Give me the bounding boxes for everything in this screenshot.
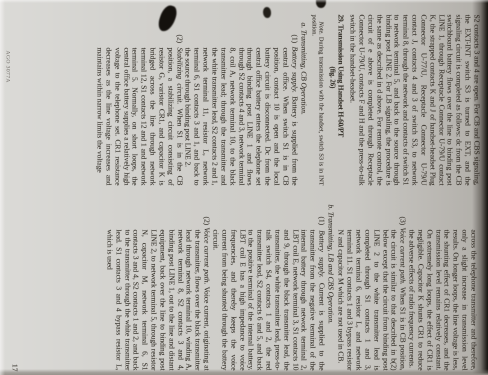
page-sheet: S2 contacts 3 and 4 are open. For CB and… — [0, 0, 488, 375]
lettered-subparagraph: b. Transmitting, LB and CBS Operation. — [326, 196, 335, 370]
item-continuation: across the telephone transmitter and the… — [406, 196, 477, 370]
item-marker: (2) — [175, 34, 184, 47]
item-lead: Battery supply. — [290, 46, 299, 96]
numbered-item: (1) Battery supply. Current is supplied … — [210, 196, 325, 370]
lettered-subparagraph: a. Transmitting, CB Operation. — [298, 14, 307, 185]
item-lead: Voice current path. — [202, 227, 211, 286]
numbered-item: (1) Battery supply. Battery is supplied … — [183, 14, 298, 185]
body-paragraph: S2 contacts 3 and 4 are open. For CB and… — [347, 14, 480, 185]
figure-reference: (fig. 26) — [326, 14, 335, 185]
note-label: Note. — [317, 21, 324, 36]
item-lead: Voice current path. — [398, 227, 407, 287]
item-lead: Battery supply. — [317, 230, 326, 283]
scanned-manual-page: S2 contacts 3 and 4 are open. For CB and… — [0, 0, 488, 375]
footer-document-number: AGO 3077A — [4, 50, 10, 82]
item-marker: (3) — [398, 216, 407, 227]
numbered-item: (3) Voice current path. When S1 is in CB… — [336, 196, 407, 370]
section-heading: 29. Transmission Using Handset H-60/PT — [335, 14, 344, 185]
item-marker: (1) — [317, 216, 326, 230]
page-number: 17 — [10, 363, 19, 371]
note-paragraph: Note. During transmission with the hands… — [309, 14, 324, 185]
item-marker: (1) — [290, 34, 299, 46]
numbered-item: (2) Voice current path. Voice current, o… — [104, 196, 210, 370]
item-marker: (2) — [202, 216, 211, 227]
column-1: S2 contacts 3 and 4 are open. For CB and… — [14, 14, 480, 185]
column-2: across the telephone transmitter and the… — [11, 196, 477, 370]
item-lead: Stabilizing circuit. — [175, 47, 184, 108]
numbered-item: (2) Stabilizing circuit. When S1 is in t… — [94, 14, 182, 185]
